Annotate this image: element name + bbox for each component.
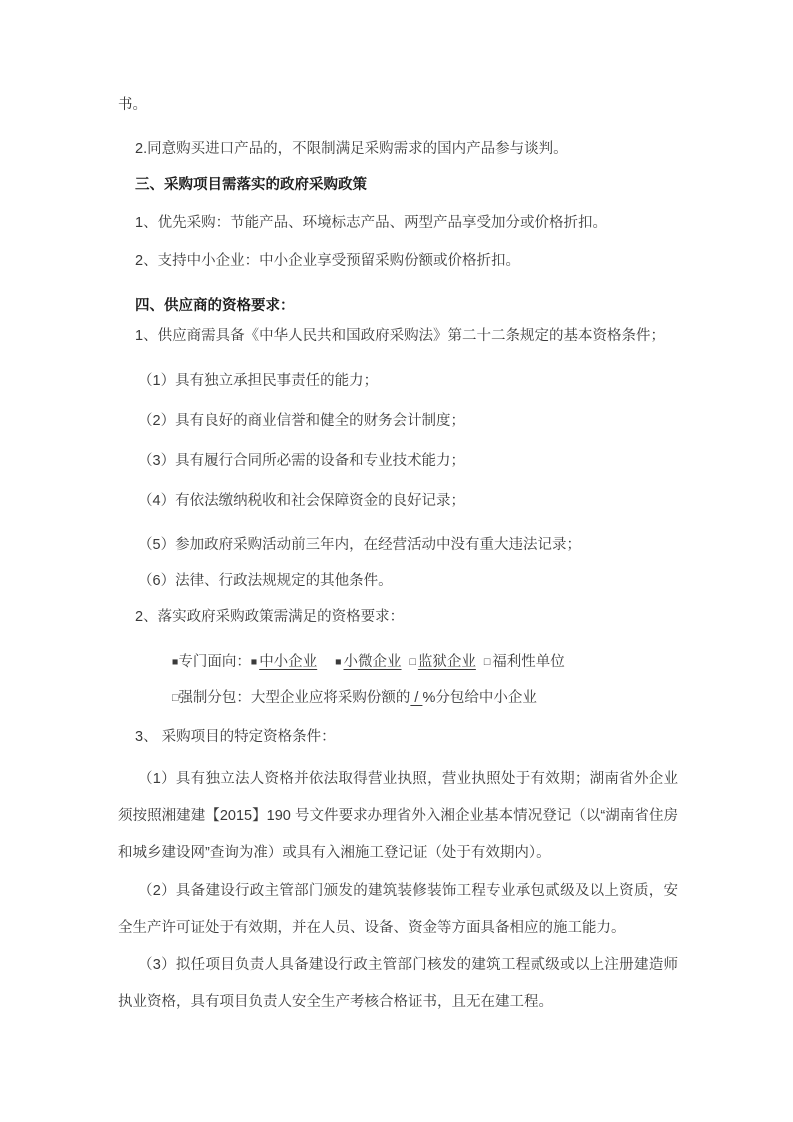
empty-square-icon: □ [484, 644, 490, 681]
facing-option-prison: □监狱企业 [410, 654, 476, 670]
facing-option-micro: ■小微企业 [335, 654, 401, 670]
filled-square-icon: ■ [172, 644, 178, 681]
item-basic-1: （1）具有独立承担民事责任的能力； [118, 363, 698, 400]
paragraph-import-products: 2.同意购买进口产品的，不限制满足采购需求的国内产品参与谈判。 [118, 131, 695, 168]
checkbox-line-special-facing: ■专门面向：■中小企业■小微企业□监狱企业□福利性单位 [118, 644, 696, 682]
item-basic-3: （3）具有履行合同所必需的设备和专业技术能力； [118, 443, 698, 480]
filled-square-icon: ■ [251, 644, 257, 681]
subcontract-label: 强制分包： [178, 690, 251, 706]
item-specific-1: （1）具有独立法人资格并依法取得营业执照，营业执照处于有效期；湖南省外企业须按照… [118, 761, 678, 872]
document-page: 书。 2.同意购买进口产品的，不限制满足采购需求的国内产品参与谈判。 三、采购项… [0, 0, 793, 1122]
section-heading-3: 三、采购项目需落实的政府采购政策 [118, 167, 695, 204]
empty-square-icon: □ [410, 644, 416, 681]
item-basic-5: （5）参加政府采购活动前三年内，在经营活动中没有重大违法记录； [118, 527, 698, 564]
fill-in-blank: / [410, 690, 422, 706]
item-support-sme: 2、支持中小企业：中小企业享受预留采购份额或价格折扣。 [118, 243, 695, 280]
item-basic-qualification-intro: 1、供应商需具备《中华人民共和国政府采购法》第二十二条规定的基本资格条件； [118, 318, 695, 355]
facing-option-welfare: □福利性单位 [484, 654, 565, 670]
subcontract-text-tail: %分包给中小企业 [422, 690, 536, 706]
item-policy-qualification-intro: 2、落实政府采购政策需满足的资格要求： [118, 599, 695, 636]
subcontract-text: 大型企业应将采购份额的 [251, 690, 411, 706]
item-specific-qualification-intro: 3、 采购项目的特定资格条件： [118, 719, 695, 756]
item-specific-3: （3）拟任项目负责人具备建设行政主管部门核发的建筑工程贰级或以上注册建造师执业资… [118, 947, 678, 1021]
item-priority-procurement: 1、优先采购：节能产品、环境标志产品、两型产品享受加分或价格折扣。 [118, 205, 695, 242]
item-basic-4: （4）有依法缴纳税收和社会保障资金的良好记录； [118, 483, 698, 520]
facing-option-sme: ■中小企业 [251, 654, 317, 670]
item-basic-6: （6）法律、行政法规规定的其他条件。 [118, 563, 698, 600]
item-specific-2: （2）具备建设行政主管部门颁发的建筑装修装饰工程专业承包贰级及以上资质，安全生产… [118, 873, 678, 947]
filled-square-icon: ■ [335, 644, 341, 681]
paragraph-continuation-tail: 书。 [118, 87, 678, 124]
item-basic-2: （2）具有良好的商业信誉和健全的财务会计制度； [118, 403, 698, 440]
checkbox-line-mandatory-subcontract: □强制分包：大型企业应将采购份额的 / %分包给中小企业 [118, 680, 696, 718]
empty-square-icon: □ [172, 680, 178, 717]
facing-label: 专门面向： [178, 654, 251, 670]
